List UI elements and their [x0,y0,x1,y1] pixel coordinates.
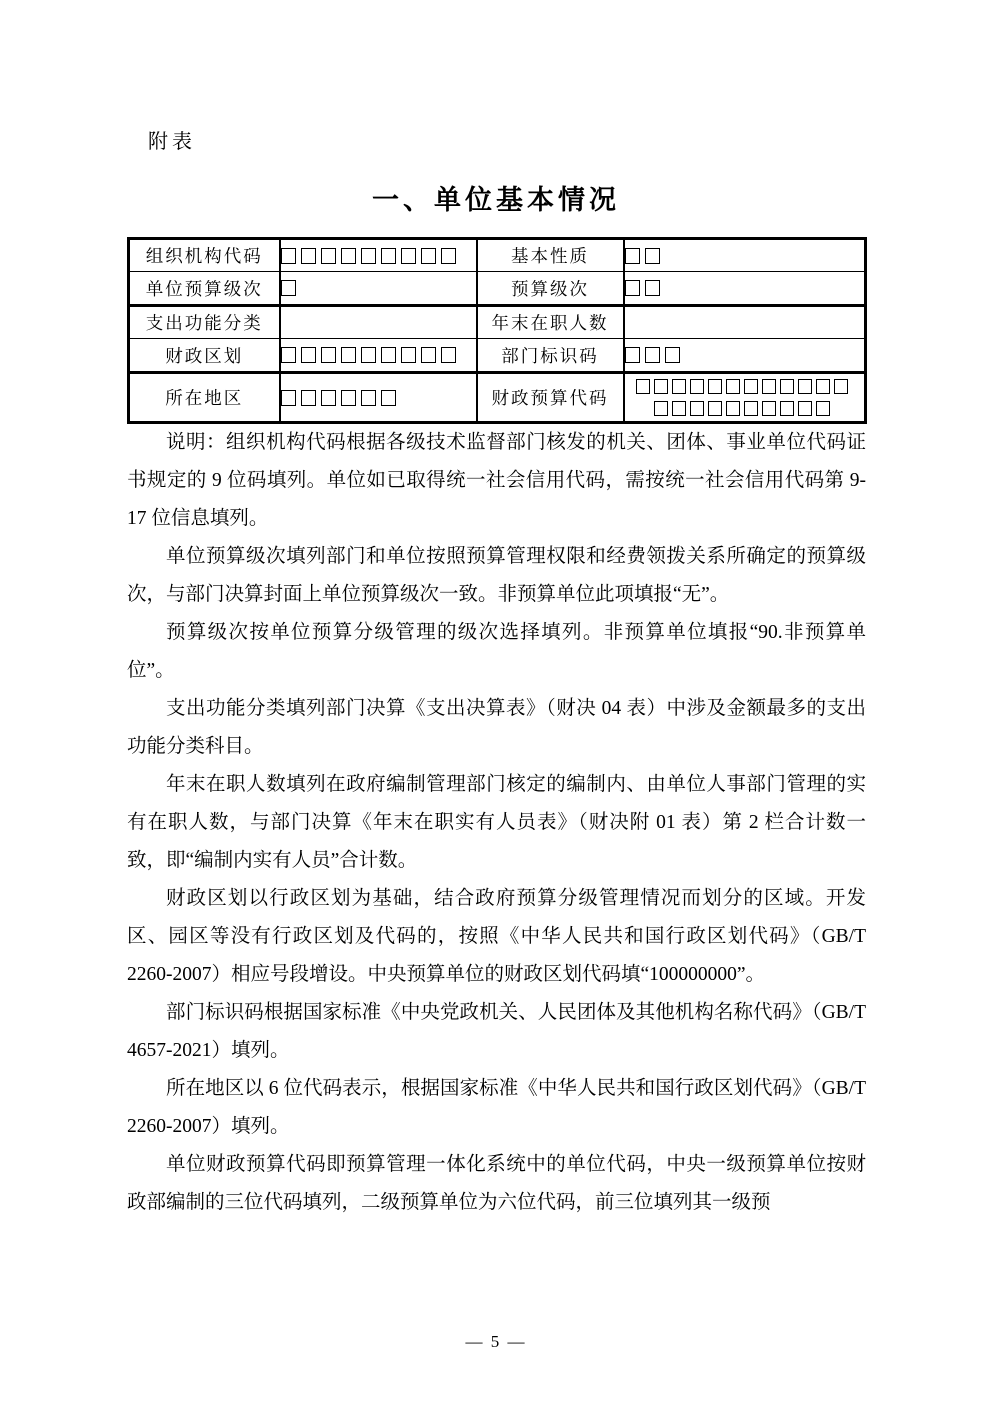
fiscal-budget-code-boxes-line1 [625,376,865,398]
checkbox-square [780,401,794,416]
checkbox-square [690,379,704,394]
checkbox-square [341,248,356,264]
note-paragraph-7: 部门标识码根据国家标准《中央党政机关、人民团体及其他机构名称代码》（GB/T 4… [127,994,866,1070]
checkbox-square [361,347,376,363]
checkbox-square [816,379,830,394]
note-paragraph-8: 所在地区以 6 位代码表示，根据国家标准《中华人民共和国行政区划代码》（GB/T… [127,1070,866,1146]
checkbox-square [780,379,794,394]
checkbox-square [645,347,660,363]
fiscal-budget-code-boxes [624,373,866,423]
checkbox-square [381,248,396,264]
checkbox-square [381,347,396,363]
label-org-code: 组织机构代码 [129,239,280,272]
basic-nature-boxes [624,239,866,272]
table-row-location: 所在地区 财政预算代码 [129,373,866,423]
table-row-org-code: 组织机构代码 基本性质 [129,239,866,272]
checkbox-square [321,390,336,406]
table-row-unit-budget-level: 单位预算级次 预算级次 [129,272,866,306]
checkbox-square [281,390,296,406]
checkbox-square [798,401,812,416]
checkbox-square [834,379,848,394]
checkbox-square [744,379,758,394]
checkbox-square [672,379,686,394]
checkbox-square [816,401,830,416]
document-page: 附表 一、单位基本情况 组织机构代码 基本性质 单位预算级次 预算级次 支出功能… [0,0,992,1403]
table-row-expenditure-function: 支出功能分类 年末在职人数 [129,306,866,339]
checkbox-square [625,280,640,296]
annex-label: 附表 [148,125,196,154]
checkbox-square [645,280,660,296]
checkbox-square [281,347,296,363]
label-expenditure-function: 支出功能分类 [129,306,280,339]
checkbox-square [321,347,336,363]
unit-budget-level-boxes [280,272,477,306]
checkbox-square [708,401,722,416]
label-department-id: 部门标识码 [477,339,624,373]
checkbox-square [281,248,296,264]
checkbox-square [321,248,336,264]
checkbox-square [281,280,296,296]
yearend-staff-value-cell [624,306,866,339]
checkbox-square [726,379,740,394]
note-paragraph-4: 支出功能分类填列部门决算《支出决算表》（财决 04 表）中涉及金额最多的支出功能… [127,690,866,766]
checkbox-square [301,390,316,406]
org-code-boxes [280,239,477,272]
checkbox-square [401,248,416,264]
note-paragraph-3: 预算级次按单位预算分级管理的级次选择填列。非预算单位填报“90.非预算单位”。 [127,614,866,690]
checkbox-square [665,347,680,363]
note-paragraph-9: 单位财政预算代码即预算管理一体化系统中的单位代码，中央一级预算单位按财政部编制的… [127,1146,866,1222]
checkbox-square [361,248,376,264]
checkbox-square [361,390,376,406]
page-number: — 5 — [0,1332,992,1352]
table-row-fiscal-division: 财政区划 部门标识码 [129,339,866,373]
checkbox-square [726,401,740,416]
checkbox-square [798,379,812,394]
label-fiscal-budget-code: 财政预算代码 [477,373,624,423]
department-id-boxes [624,339,866,373]
checkbox-square [301,347,316,363]
fiscal-division-boxes [280,339,477,373]
checkbox-square [341,347,356,363]
checkbox-square [341,390,356,406]
page-title: 一、单位基本情况 [0,178,992,217]
checkbox-square [690,401,704,416]
label-yearend-staff: 年末在职人数 [477,306,624,339]
notes-section: 说明：组织机构代码根据各级技术监督部门核发的机关、团体、事业单位代码证书规定的 … [127,424,866,1222]
fiscal-budget-code-boxes-line2 [625,398,865,420]
note-paragraph-5: 年末在职人数填列在政府编制管理部门核定的编制内、由单位人事部门管理的实有在职人数… [127,766,866,880]
checkbox-square [762,379,776,394]
checkbox-square [441,347,456,363]
checkbox-square [301,248,316,264]
checkbox-square [625,347,640,363]
checkbox-square [654,379,668,394]
location-boxes [280,373,477,423]
label-location: 所在地区 [129,373,280,423]
label-unit-budget-level: 单位预算级次 [129,272,280,306]
note-paragraph-1: 说明：组织机构代码根据各级技术监督部门核发的机关、团体、事业单位代码证书规定的 … [127,424,866,538]
checkbox-square [421,347,436,363]
label-budget-level: 预算级次 [477,272,624,306]
checkbox-square [654,401,668,416]
checkbox-square [744,401,758,416]
label-basic-nature: 基本性质 [477,239,624,272]
checkbox-square [625,248,640,264]
expenditure-function-value-cell [280,306,477,339]
label-fiscal-division: 财政区划 [129,339,280,373]
checkbox-square [762,401,776,416]
checkbox-square [381,390,396,406]
checkbox-square [645,248,660,264]
note-paragraph-6: 财政区划以行政区划为基础，结合政府预算分级管理情况而划分的区域。开发区、园区等没… [127,880,866,994]
budget-level-boxes [624,272,866,306]
basic-info-table: 组织机构代码 基本性质 单位预算级次 预算级次 支出功能分类 年末在职人数 财政… [127,237,867,424]
checkbox-square [441,248,456,264]
checkbox-square [672,401,686,416]
checkbox-square [636,379,650,394]
checkbox-square [401,347,416,363]
note-paragraph-2: 单位预算级次填列部门和单位按照预算管理权限和经费领拨关系所确定的预算级次，与部门… [127,538,866,614]
checkbox-square [421,248,436,264]
checkbox-square [708,379,722,394]
